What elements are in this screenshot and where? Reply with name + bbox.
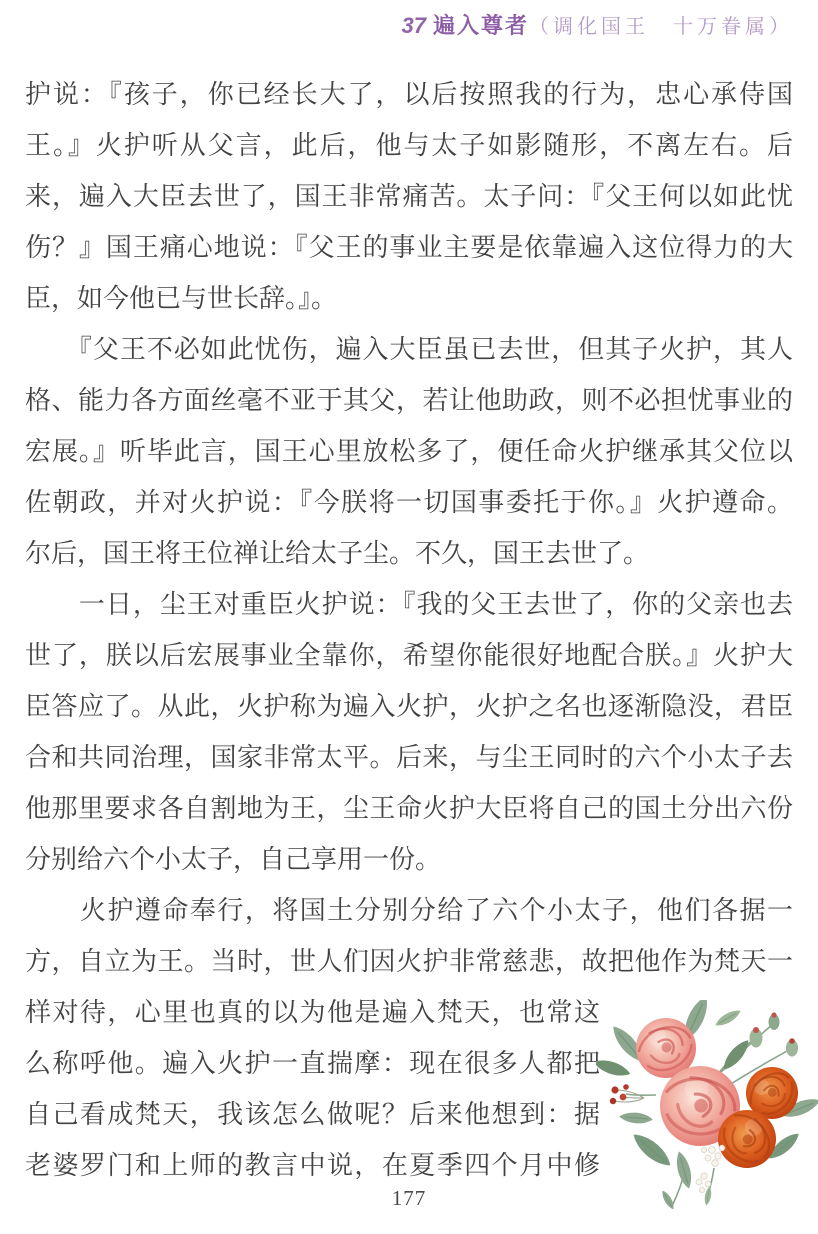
text-line: 王。』火护听从父言，此后，他与太子如影随形，不离左右。后 bbox=[25, 120, 793, 171]
text-line: 『父王不必如此忧伤，遍入大臣虽已去世，但其子火护，其人 bbox=[25, 324, 793, 375]
text-line: 么称呼他。遍入火护一直揣摩：现在很多人都把 bbox=[25, 1038, 600, 1089]
text-line: 臣，如今他已与世长辞。』。 bbox=[25, 273, 793, 324]
text-line: 自己看成梵天，我该怎么做呢？后来他想到：据 bbox=[25, 1089, 600, 1140]
text-line: 来，遍入大臣去世了，国王非常痛苦。太子问：『父王何以如此忧 bbox=[25, 171, 793, 222]
page-number: 177 bbox=[0, 1186, 818, 1211]
text-line: 方，自立为王。当时，世人们因火护非常慈悲，故把他作为梵天一 bbox=[25, 936, 793, 987]
text-line: 臣答应了。从此，火护称为遍入火护，火护之名也逐渐隐没，君臣 bbox=[25, 681, 793, 732]
text-line: 老婆罗门和上师的教言中说，在夏季四个月中修 bbox=[25, 1140, 600, 1191]
text-line: 佐朝政，并对火护说：『今朕将一切国事委托于你。』火护遵命。 bbox=[25, 477, 793, 528]
text-line: 尔后，国王将王位禅让给太子尘。不久，国王去世了。 bbox=[25, 528, 793, 579]
text-line: 格、能力各方面丝毫不亚于其父，若让他助政，则不必担忧事业的 bbox=[25, 375, 793, 426]
chapter-title: 遍入尊者 bbox=[433, 13, 529, 38]
text-line: 一日，尘王对重臣火护说：『我的父王去世了，你的父亲也去 bbox=[25, 579, 793, 630]
text-line: 分别给六个小太子，自己享用一份。 bbox=[25, 834, 793, 885]
chapter-subtitle: （调化国王 十万眷属） bbox=[529, 16, 793, 38]
text-line: 火护遵命奉行，将国土分别分给了六个小太子，他们各据一 bbox=[25, 885, 793, 936]
text-line: 护说：『孩子，你已经长大了，以后按照我的行为，忠心承侍国 bbox=[25, 69, 793, 120]
text-line: 世了，朕以后宏展事业全靠你，希望你能很好地配合朕。』火护大 bbox=[25, 630, 793, 681]
text-line: 样对待，心里也真的以为他是遍入梵天，也常这 bbox=[25, 987, 600, 1038]
text-line: 伤？』国王痛心地说：『父王的事业主要是依靠遍入这位得力的大 bbox=[25, 222, 793, 273]
text-line: 他那里要求各自割地为王，尘王命火护大臣将自己的国土分出六份 bbox=[25, 783, 793, 834]
rose-bouquet-illustration bbox=[596, 1000, 818, 1212]
text-line: 宏展。』听毕此言，国王心里放松多了，便任命火护继承其父位以 bbox=[25, 426, 793, 477]
text-line: 合和共同治理，国家非常太平。后来，与尘王同时的六个小太子去 bbox=[25, 732, 793, 783]
running-header: 37遍入尊者（调化国王 十万眷属） bbox=[402, 12, 794, 43]
chapter-number: 37 bbox=[402, 13, 426, 38]
book-page: 37遍入尊者（调化国王 十万眷属） 护说：『孩子，你已经长大了，以后按照我的行为… bbox=[0, 0, 818, 1234]
